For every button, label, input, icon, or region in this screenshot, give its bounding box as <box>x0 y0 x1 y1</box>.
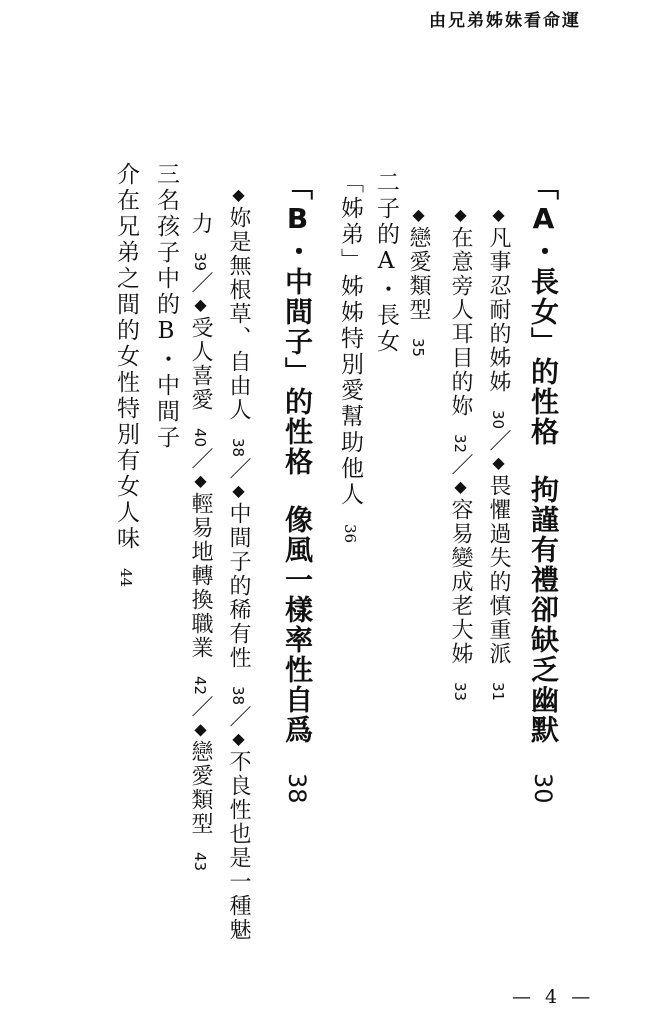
entry-page: 42 <box>192 676 207 695</box>
section-heading-b: 「B・中間子」的性格像風一樣率性自爲38 <box>283 172 311 804</box>
entry-page: 31 <box>490 682 505 701</box>
toc-line: ◆在意旁人耳目的妳32／◆容易變成老大姊33 <box>449 205 471 701</box>
entry-page: 33 <box>452 682 467 701</box>
heading-page: 30 <box>531 773 555 804</box>
entry-page: 40 <box>192 428 207 447</box>
bullet-diamond-icon: ◆ <box>229 185 248 206</box>
toc-entry-continuation: 力 <box>188 212 213 236</box>
running-head: 由兄弟姊妹看命運 <box>429 6 581 31</box>
heading-subtitle: 像風一樣率性自爲 <box>281 505 314 745</box>
toc-line: ◆戀愛類型35 <box>407 205 429 357</box>
toc-entry[interactable]: 妳是無根草、自由人 <box>226 206 251 422</box>
toc-line: 力39／◆受人喜愛40／◆輕易地轉換職業42／◆戀愛類型43 <box>189 212 211 871</box>
page-number-value: 4 <box>545 986 561 1008</box>
toc-entry[interactable]: 畏懼過失的慎重派 <box>486 474 511 666</box>
separator: ／ <box>449 453 471 477</box>
heading-title: 「B・中間子」的性格 <box>281 172 314 477</box>
toc-line: ◆妳是無根草、自由人38／◆中間子的稀有性38／◆不良性也是一種魅 <box>227 185 249 942</box>
heading-title: 「A・長女」的性格 <box>527 172 560 447</box>
toc-entry[interactable]: 輕易地轉換職業 <box>188 492 213 660</box>
entry-page: 30 <box>490 410 505 429</box>
heading-page: 38 <box>285 773 309 804</box>
toc-subsection[interactable]: 「姊弟」姊姊特別愛幫助他人36 <box>338 170 361 543</box>
subsection-title: 二子的A・長女 <box>373 170 399 355</box>
toc-entry[interactable]: 在意旁人耳目的妳 <box>448 226 473 418</box>
toc-subsection[interactable]: 三名孩子中的B・中間子 <box>154 162 177 451</box>
toc-entry[interactable]: 受人喜愛 <box>188 316 213 412</box>
toc-subsection[interactable]: 介在兄弟之間的女性特別有女人味44 <box>114 162 137 587</box>
dash-right: — <box>571 986 594 1008</box>
entry-page: 36 <box>342 524 357 543</box>
entry-page: 32 <box>452 434 467 453</box>
toc-entry[interactable]: 凡事忍耐的姊姊 <box>486 226 511 394</box>
bullet-diamond-icon: ◆ <box>489 453 508 474</box>
toc-entry[interactable]: 中間子的稀有性 <box>226 502 251 670</box>
dash-left: — <box>512 986 535 1008</box>
toc-entry[interactable]: 不良性也是一種魅 <box>226 750 251 942</box>
heading-subtitle: 拘謹有禮卻缺乏幽默 <box>527 475 560 745</box>
bullet-diamond-icon: ◆ <box>229 729 248 750</box>
toc-line: ◆凡事忍耐的姊姊30／◆畏懼過失的慎重派31 <box>487 205 509 701</box>
separator: ／ <box>189 447 211 471</box>
entry-page: 44 <box>118 568 133 587</box>
entry-page: 38 <box>230 438 245 457</box>
subsection-title: 三名孩子中的B・中間子 <box>153 162 179 451</box>
subsection-title: 「姊弟」姊姊特別愛幫助他人 <box>337 170 363 508</box>
toc-entry[interactable]: 容易變成老大姊 <box>448 498 473 666</box>
section-heading-a: 「A・長女」的性格拘謹有禮卻缺乏幽默30 <box>529 172 557 804</box>
separator: ／ <box>227 705 249 729</box>
entry-page: 39 <box>192 252 207 271</box>
bullet-diamond-icon: ◆ <box>451 205 470 226</box>
bullet-diamond-icon: ◆ <box>409 205 428 226</box>
entry-page: 38 <box>230 686 245 705</box>
subsection-title: 介在兄弟之間的女性特別有女人味 <box>113 162 139 552</box>
separator: ／ <box>189 271 211 295</box>
toc-entry[interactable]: 戀愛類型 <box>188 740 213 836</box>
entry-page: 43 <box>192 852 207 871</box>
bullet-diamond-icon: ◆ <box>489 205 508 226</box>
bullet-diamond-icon: ◆ <box>451 477 470 498</box>
bullet-diamond-icon: ◆ <box>191 295 210 316</box>
bullet-diamond-icon: ◆ <box>191 471 210 492</box>
page-number: — 4 — <box>512 986 594 1008</box>
toc-entry[interactable]: 戀愛類型 <box>406 226 431 322</box>
bullet-diamond-icon: ◆ <box>191 719 210 740</box>
toc-subsection[interactable]: 二子的A・長女 <box>374 170 397 355</box>
separator: ／ <box>227 457 249 481</box>
separator: ／ <box>189 695 211 719</box>
separator: ／ <box>487 429 509 453</box>
bullet-diamond-icon: ◆ <box>229 481 248 502</box>
entry-page: 35 <box>410 338 425 357</box>
